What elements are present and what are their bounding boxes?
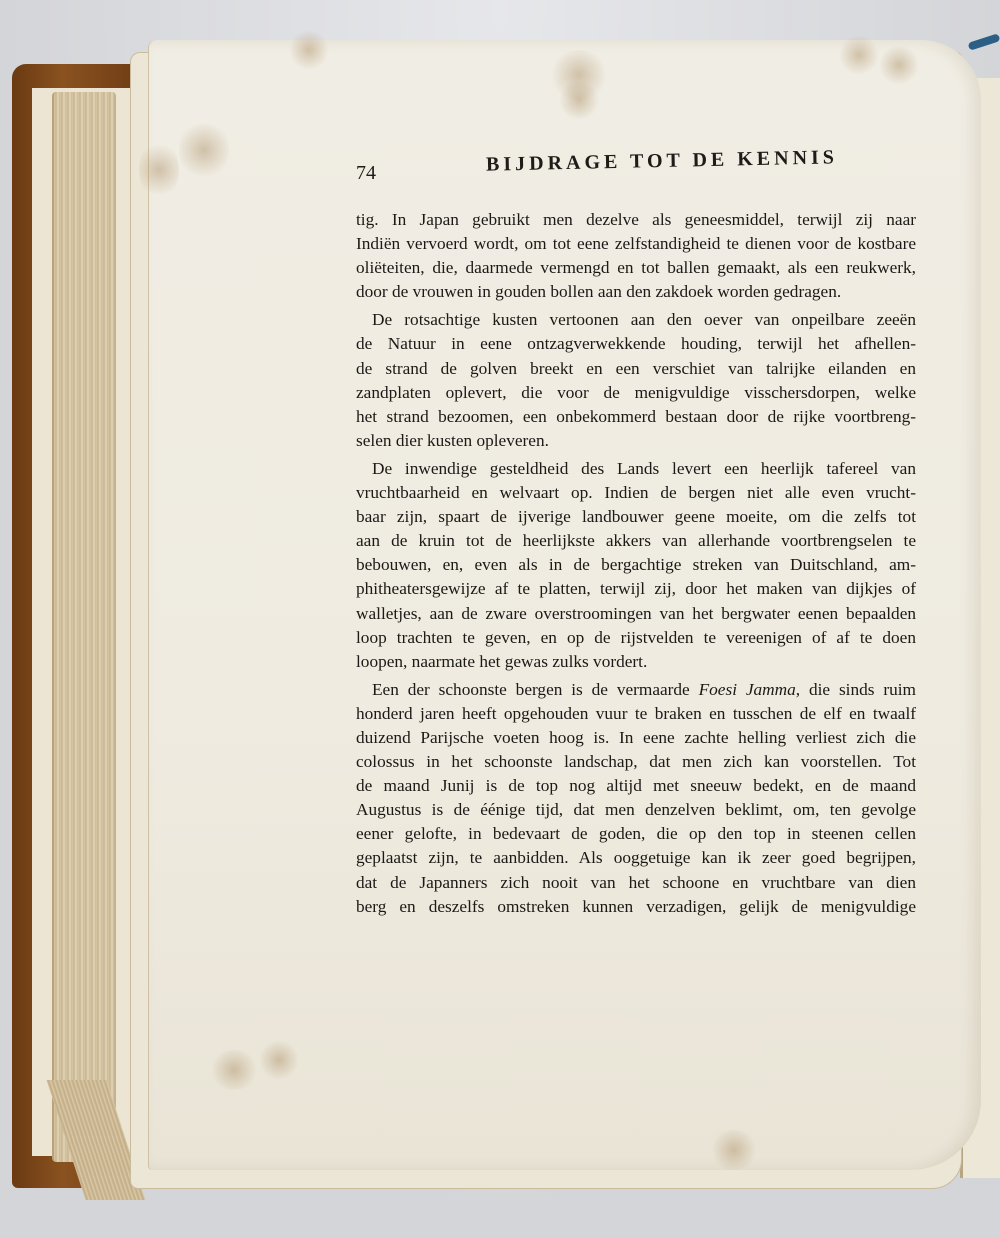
text-line: loopen, naarmate het gewas zulks vordert… — [356, 650, 916, 674]
text-line: de maand Junij is de top nog altijd met … — [356, 774, 916, 798]
text-line: zandplaten oplevert, die voor de menigvu… — [356, 381, 916, 405]
text-line: geplaatst zijn, te aanbidden. Als oogget… — [356, 846, 916, 870]
text-line: berg en deszelfs omstreken kunnen verzad… — [356, 895, 916, 919]
text-line: oliëteiten, die, daarmede vermengd en to… — [356, 256, 916, 280]
text-line: De rotsachtige kusten vertoonen aan den … — [356, 308, 916, 332]
text-line: Indiën vervoerd wordt, om tot eene zelfs… — [356, 232, 916, 256]
foxing-stain — [559, 80, 599, 120]
page-number: 74 — [356, 162, 376, 185]
foxing-stain — [289, 30, 329, 70]
paragraph: tig. In Japan gebruikt men dezelve als g… — [356, 208, 916, 304]
text-line: baar zijn, spaart de ijverige landbouwer… — [356, 505, 916, 529]
text-line: eener gelofte, in bedevaart de goden, di… — [356, 822, 916, 846]
text-line: Augustus is de éénige tijd, dat men denz… — [356, 798, 916, 822]
italic-place-name: Foesi Jamma — [699, 680, 796, 699]
text-line: duizend Parijsche voeten hoog is. In een… — [356, 726, 916, 750]
page-header: 74 BIJDRAGE TOT DE KENNIS — [356, 150, 916, 190]
text-segment: Een der schoonste bergen is de vermaarde — [372, 680, 690, 699]
text-line-with-italic: Een der schoonste bergen is de vermaarde… — [356, 678, 916, 702]
text-line: vruchtbaarheid en welvaart op. Indien de… — [356, 481, 916, 505]
text-line: loop trachten te geven, en op de rijstve… — [356, 626, 916, 650]
page-block-edges — [52, 92, 116, 1162]
foxing-stain — [179, 120, 229, 180]
text-line: walletjes, aan de zware overstroomingen … — [356, 602, 916, 626]
foxing-stain — [709, 1130, 759, 1170]
text-line: bebouwen, en, even als in de bergachtige… — [356, 553, 916, 577]
foxing-stain — [879, 45, 919, 85]
text-line: De inwendige gesteldheid des Lands lever… — [356, 457, 916, 481]
paragraph: De rotsachtige kusten vertoonen aan den … — [356, 308, 916, 453]
foxing-stain — [139, 140, 179, 200]
text-line: phitheatersgewijze af te platten, terwij… — [356, 577, 916, 601]
foxing-stain — [209, 1050, 259, 1090]
text-line: tig. In Japan gebruikt men dezelve als g… — [356, 208, 916, 232]
paragraph: Een der schoonste bergen is de vermaarde… — [356, 678, 916, 919]
foxing-stain — [839, 35, 879, 75]
text-line: colossus in het schoonste landschap, dat… — [356, 750, 916, 774]
body-text: tig. In Japan gebruikt men dezelve als g… — [356, 208, 916, 919]
text-segment: , die sinds ruim — [796, 680, 916, 699]
text-line: aan de kruin tot de heerlijkste akkers v… — [356, 529, 916, 553]
text-line: door de vrouwen in gouden bollen aan den… — [356, 280, 916, 304]
text-line: selen dier kusten opleveren. — [356, 429, 916, 453]
text-line: de Natuur in eene ontzagverwekkende houd… — [356, 332, 916, 356]
text-line: de strand de golven breekt en een versch… — [356, 357, 916, 381]
foxing-stain — [259, 1040, 299, 1080]
text-line: het strand bezoomen, een onbekommerd bes… — [356, 405, 916, 429]
paragraph: De inwendige gesteldheid des Lands lever… — [356, 457, 916, 674]
running-head: BIJDRAGE TOT DE KENNIS — [486, 146, 838, 176]
text-line: honderd jaren heeft opgehouden vuur te b… — [356, 702, 916, 726]
text-line: dat de Japanners zich nooit van het scho… — [356, 871, 916, 895]
